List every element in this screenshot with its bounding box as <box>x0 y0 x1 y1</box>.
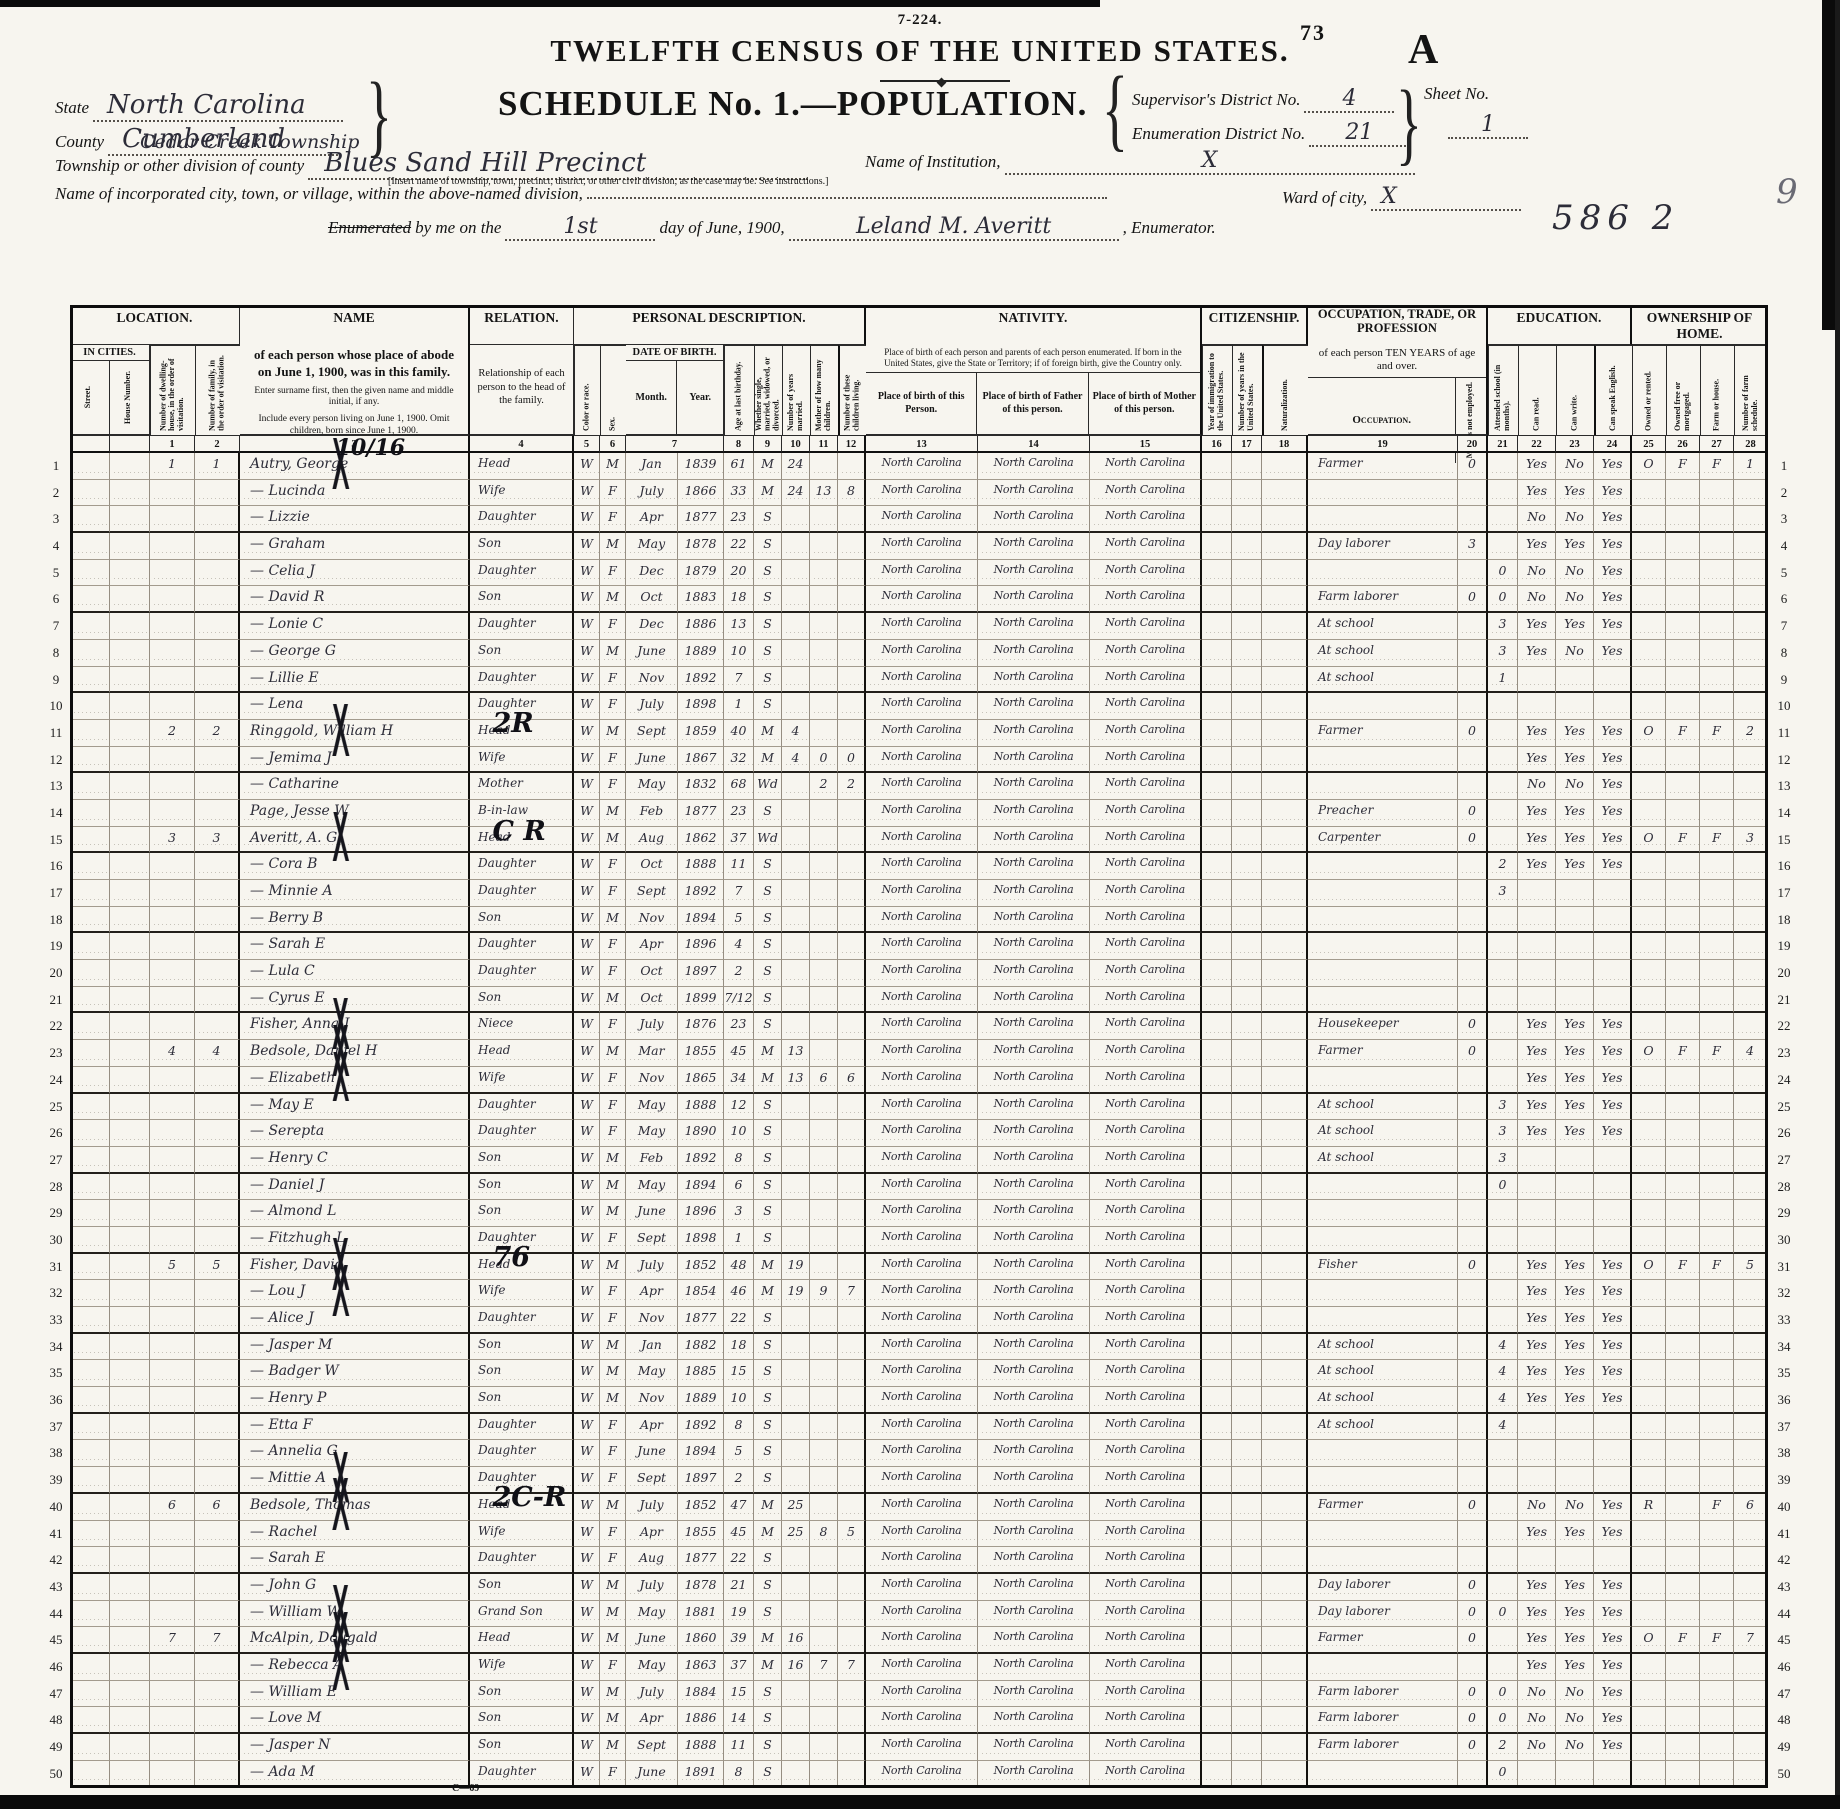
header-occupation: Occupation. <box>1352 414 1411 426</box>
cell-en: Yes <box>1594 747 1632 774</box>
cell-age: 3 <box>724 1200 754 1227</box>
cell-sch <box>1488 1254 1518 1281</box>
cell-bm: Apr <box>626 933 678 960</box>
cell-yus <box>1232 1094 1262 1121</box>
row-number-left: 28 <box>42 1174 70 1201</box>
cell-own <box>1632 1654 1666 1681</box>
cell-mc <box>810 1360 838 1387</box>
cell-ym: 24 <box>782 480 810 507</box>
cell-sex: F <box>600 1761 626 1788</box>
cell-mb: North Carolina <box>1090 613 1202 640</box>
row-number-right: 37 <box>1768 1414 1800 1441</box>
cell-name: — Henry C <box>240 1147 470 1174</box>
column-number: 21 <box>1488 435 1518 453</box>
cell-mc <box>810 586 838 613</box>
cell-own: O <box>1632 1627 1666 1654</box>
cell-pb: North Carolina <box>866 1040 978 1067</box>
cell-fh <box>1700 1067 1734 1094</box>
cell-natz <box>1262 827 1308 854</box>
cell-fb: North Carolina <box>978 533 1090 560</box>
cell-fm <box>1666 667 1700 694</box>
cell-cl <box>838 506 866 533</box>
cell-bm: Dec <box>626 613 678 640</box>
cell-rel: Son <box>470 586 574 613</box>
cell-name: — Lou J <box>240 1280 470 1307</box>
cell-natz <box>1262 1227 1308 1254</box>
row-number-right: 35 <box>1768 1360 1800 1387</box>
column-number: 28 <box>1734 435 1768 453</box>
cell-fb: North Carolina <box>978 1761 1090 1788</box>
cell-rd <box>1518 880 1556 907</box>
header-mother-of-children: Mother of how many children. <box>810 345 838 435</box>
cell-sch <box>1488 1547 1518 1574</box>
cell-own <box>1632 773 1666 800</box>
cell-name: — May E <box>240 1094 470 1121</box>
cell-fs: 7 <box>1734 1627 1768 1654</box>
row-number-right: 42 <box>1768 1547 1800 1574</box>
cell-fb: North Carolina <box>978 1387 1090 1414</box>
cell-age: 33 <box>724 480 754 507</box>
cell-mne: 0 <box>1458 1574 1488 1601</box>
cell-occ: Farm laborer <box>1308 1734 1458 1761</box>
cell-sch <box>1488 987 1518 1014</box>
cell-yus <box>1232 1654 1262 1681</box>
cell-c1: 1 <box>150 453 195 480</box>
cell-fs <box>1734 1227 1768 1254</box>
cell-rel: Head2R <box>470 720 574 747</box>
cell-mb: North Carolina <box>1090 1120 1202 1147</box>
cell-mne <box>1458 1467 1488 1494</box>
cell-mne <box>1458 1280 1488 1307</box>
cell-yus <box>1232 1040 1262 1067</box>
cell-by: 1898 <box>678 1227 724 1254</box>
cell-fs <box>1734 1440 1768 1467</box>
cell-fb: North Carolina <box>978 506 1090 533</box>
cell-mc: 13 <box>810 480 838 507</box>
cell-pb: North Carolina <box>866 1494 978 1521</box>
row-number-right: 14 <box>1768 800 1800 827</box>
cell-ym <box>782 1547 810 1574</box>
cell-fs <box>1734 693 1768 720</box>
cell-en: Yes <box>1594 1120 1632 1147</box>
cell-name: McAlpin, Dougald <box>240 1627 470 1654</box>
cell-age: 2 <box>724 960 754 987</box>
supervisor-label: Supervisor's District No. <box>1132 90 1300 109</box>
cell-en <box>1594 1761 1632 1788</box>
cell-color: W <box>574 1681 600 1708</box>
relation-annotation: 2R <box>492 708 533 739</box>
cell-mb: North Carolina <box>1090 1307 1202 1334</box>
cell-c2 <box>195 1467 240 1494</box>
cell-cl <box>838 987 866 1014</box>
header-can-read: Can read. <box>1518 345 1556 435</box>
cell-mne <box>1458 1307 1488 1334</box>
cell-mne <box>1458 1761 1488 1788</box>
cell-own <box>1632 1547 1666 1574</box>
header-owned-rented: Owned or rented. <box>1632 345 1666 435</box>
cell-mne <box>1458 667 1488 694</box>
cell-imm <box>1202 1601 1232 1628</box>
cell-rel: Son <box>470 1174 574 1201</box>
cell-mne <box>1458 1547 1488 1574</box>
cell-own <box>1632 1307 1666 1334</box>
cell-c1 <box>150 1174 195 1201</box>
cell-mc <box>810 1334 838 1361</box>
cell-pb: North Carolina <box>866 1467 978 1494</box>
cell-mc <box>810 640 838 667</box>
cell-fh <box>1700 1387 1734 1414</box>
cell-yus <box>1232 586 1262 613</box>
cell-fm <box>1666 506 1700 533</box>
cell-age: 19 <box>724 1601 754 1628</box>
cell-ym <box>782 1174 810 1201</box>
cell-ms: S <box>754 586 782 613</box>
cell-fm <box>1666 907 1700 934</box>
cell-rd <box>1518 1414 1556 1441</box>
cell-c2 <box>195 1521 240 1548</box>
in-cities-label: IN CITIES. <box>70 345 149 361</box>
cell-pb: North Carolina <box>866 1521 978 1548</box>
cell-street <box>70 1387 110 1414</box>
cell-occ <box>1308 907 1458 934</box>
cell-age: 15 <box>724 1681 754 1708</box>
column-number: 10 <box>782 435 810 453</box>
column-number: 1 <box>150 435 195 453</box>
row-number-left: 14 <box>42 800 70 827</box>
cell-en: Yes <box>1594 640 1632 667</box>
cell-age: 45 <box>724 1040 754 1067</box>
cell-ms: S <box>754 693 782 720</box>
cell-pb: North Carolina <box>866 1734 978 1761</box>
cell-age: 40 <box>724 720 754 747</box>
cell-name: — Minnie A <box>240 880 470 907</box>
cell-sex: M <box>600 907 626 934</box>
cell-occ: At school <box>1308 613 1458 640</box>
cell-c1 <box>150 1601 195 1628</box>
cell-street <box>70 1200 110 1227</box>
row-number-right: 3 <box>1768 506 1800 533</box>
cell-age: 47 <box>724 1494 754 1521</box>
cell-cl <box>838 933 866 960</box>
cell-fb: North Carolina <box>978 1467 1090 1494</box>
column-number: 2 <box>195 435 240 453</box>
cell-en: Yes <box>1594 720 1632 747</box>
cell-sex: M <box>600 586 626 613</box>
cell-c2 <box>195 613 240 640</box>
cell-name: — David R <box>240 586 470 613</box>
cell-fb: North Carolina <box>978 586 1090 613</box>
cell-ms: Wd <box>754 827 782 854</box>
cell-mne <box>1458 1174 1488 1201</box>
cell-bm: Nov <box>626 667 678 694</box>
cell-ym <box>782 907 810 934</box>
cell-house-number <box>110 693 150 720</box>
cell-mb: North Carolina <box>1090 533 1202 560</box>
cell-bm: Jan <box>626 453 678 480</box>
cell-name: — Jemima J <box>240 747 470 774</box>
cell-mne <box>1458 880 1488 907</box>
cell-own: O <box>1632 827 1666 854</box>
cell-fm <box>1666 560 1700 587</box>
cell-imm <box>1202 1280 1232 1307</box>
cell-mne <box>1458 747 1488 774</box>
cell-fm <box>1666 960 1700 987</box>
cell-pb: North Carolina <box>866 1280 978 1307</box>
cell-fh <box>1700 1094 1734 1121</box>
cell-natz <box>1262 1521 1308 1548</box>
cell-by: 1888 <box>678 853 724 880</box>
cell-bm: July <box>626 1681 678 1708</box>
cell-pb: North Carolina <box>866 1387 978 1414</box>
cell-mb: North Carolina <box>1090 1174 1202 1201</box>
cell-fm <box>1666 1360 1700 1387</box>
cell-ms: M <box>754 453 782 480</box>
cell-pb: North Carolina <box>866 453 978 480</box>
cell-name: — Jasper M <box>240 1334 470 1361</box>
cell-natz <box>1262 506 1308 533</box>
cell-cl <box>838 1334 866 1361</box>
cell-mne: 0 <box>1458 1734 1488 1761</box>
cell-ym <box>782 1200 810 1227</box>
cell-rel: Head <box>470 1040 574 1067</box>
column-number: 12 <box>838 435 866 453</box>
cell-rel: Daughter <box>470 1440 574 1467</box>
cell-wr: Yes <box>1556 1094 1594 1121</box>
cell-rel: Son <box>470 1387 574 1414</box>
cell-yus <box>1232 560 1262 587</box>
cell-rel: Wife <box>470 1654 574 1681</box>
cell-street <box>70 1761 110 1788</box>
cell-fh <box>1700 773 1734 800</box>
cell-c1 <box>150 640 195 667</box>
cell-bm: June <box>626 1627 678 1654</box>
cell-house-number <box>110 800 150 827</box>
cell-sch <box>1488 693 1518 720</box>
cell-fm <box>1666 1094 1700 1121</box>
cell-cl <box>838 586 866 613</box>
cell-imm <box>1202 720 1232 747</box>
row-number-left: 20 <box>42 960 70 987</box>
cell-en <box>1594 1174 1632 1201</box>
cell-name: — Almond L <box>240 1200 470 1227</box>
cell-fm <box>1666 747 1700 774</box>
cell-mc <box>810 693 838 720</box>
cell-occ: At school <box>1308 1334 1458 1361</box>
cell-cl <box>838 853 866 880</box>
cell-rd: Yes <box>1518 1521 1556 1548</box>
cell-street <box>70 1147 110 1174</box>
cell-name: — Elizabeth <box>240 1067 470 1094</box>
cell-pb: North Carolina <box>866 667 978 694</box>
cell-fb: North Carolina <box>978 1307 1090 1334</box>
cell-en <box>1594 1147 1632 1174</box>
cell-by: 1890 <box>678 1120 724 1147</box>
cell-sch <box>1488 720 1518 747</box>
row-number-right: 16 <box>1768 853 1800 880</box>
cell-fm <box>1666 1654 1700 1681</box>
cell-occ: Day laborer <box>1308 1601 1458 1628</box>
cell-pb: North Carolina <box>866 1147 978 1174</box>
cell-sch <box>1488 1307 1518 1334</box>
cell-sex: M <box>600 1574 626 1601</box>
cell-mne <box>1458 1387 1488 1414</box>
cell-rd <box>1518 667 1556 694</box>
cell-fb: North Carolina <box>978 1360 1090 1387</box>
cell-ms: S <box>754 1387 782 1414</box>
cell-rel: Wife <box>470 1067 574 1094</box>
cell-sch: 3 <box>1488 613 1518 640</box>
cell-mne <box>1458 960 1488 987</box>
column-number-blank <box>110 435 150 453</box>
cell-sex: F <box>600 960 626 987</box>
cell-mc <box>810 1120 838 1147</box>
cell-name: — Henry P <box>240 1387 470 1414</box>
row-number-right: 1 <box>1768 453 1800 480</box>
cell-mb: North Carolina <box>1090 1414 1202 1441</box>
cell-mb: North Carolina <box>1090 1387 1202 1414</box>
row-number-right: 28 <box>1768 1174 1800 1201</box>
cell-by: 1882 <box>678 1334 724 1361</box>
cell-by: 1888 <box>678 1094 724 1121</box>
row-number-left: 30 <box>42 1227 70 1254</box>
cell-rel: Head <box>470 1627 574 1654</box>
cell-en <box>1594 987 1632 1014</box>
cell-name: — Catharine <box>240 773 470 800</box>
cell-en: Yes <box>1594 480 1632 507</box>
cell-fs <box>1734 747 1768 774</box>
cell-sch: 3 <box>1488 1120 1518 1147</box>
cell-bm: July <box>626 480 678 507</box>
cell-sch <box>1488 1013 1518 1040</box>
cell-mb: North Carolina <box>1090 1681 1202 1708</box>
cell-sex: F <box>600 747 626 774</box>
cell-wr: Yes <box>1556 827 1594 854</box>
cell-fm <box>1666 1601 1700 1628</box>
cell-yus <box>1232 533 1262 560</box>
cell-sch <box>1488 1280 1518 1307</box>
group-personal-description: PERSONAL DESCRIPTION. <box>574 305 866 345</box>
cell-sch: 4 <box>1488 1360 1518 1387</box>
cell-color: W <box>574 907 600 934</box>
cell-fs <box>1734 1200 1768 1227</box>
cell-c1 <box>150 693 195 720</box>
cell-house-number <box>110 773 150 800</box>
cell-cl <box>838 640 866 667</box>
cell-bm: Mar <box>626 1040 678 1067</box>
cell-fb: North Carolina <box>978 1147 1090 1174</box>
cell-own <box>1632 1734 1666 1761</box>
cell-mb: North Carolina <box>1090 560 1202 587</box>
cell-mc: 7 <box>810 1654 838 1681</box>
cell-ym <box>782 640 810 667</box>
cell-name: — John G <box>240 1574 470 1601</box>
row-number-left: 12 <box>42 747 70 774</box>
cell-c1 <box>150 1440 195 1467</box>
cell-fm <box>1666 533 1700 560</box>
cell-fh <box>1700 1440 1734 1467</box>
cell-cl <box>838 720 866 747</box>
cell-own <box>1632 640 1666 667</box>
cell-sex: M <box>600 720 626 747</box>
cell-fs <box>1734 1734 1768 1761</box>
cell-color: W <box>574 453 600 480</box>
cell-occ <box>1308 933 1458 960</box>
cell-fb: North Carolina <box>978 1200 1090 1227</box>
cell-imm <box>1202 1013 1232 1040</box>
cell-rd: Yes <box>1518 1280 1556 1307</box>
cell-rd: No <box>1518 586 1556 613</box>
cell-occ <box>1308 773 1458 800</box>
cell-mc <box>810 1707 838 1734</box>
cell-yus <box>1232 1227 1262 1254</box>
cell-c1: 2 <box>150 720 195 747</box>
cell-street <box>70 613 110 640</box>
cell-sex: F <box>600 1094 626 1121</box>
cell-fh <box>1700 800 1734 827</box>
cell-age: 39 <box>724 1627 754 1654</box>
cell-c1 <box>150 613 195 640</box>
cell-yus <box>1232 1547 1262 1574</box>
cell-rd: Yes <box>1518 1040 1556 1067</box>
cell-en <box>1594 960 1632 987</box>
cell-c2 <box>195 560 240 587</box>
cell-house-number <box>110 1734 150 1761</box>
cell-sch: 2 <box>1488 853 1518 880</box>
cell-ms: S <box>754 506 782 533</box>
name-annotation: 10/16 <box>336 435 405 461</box>
cell-by: 1877 <box>678 1307 724 1334</box>
cell-ym: 13 <box>782 1040 810 1067</box>
cell-cl <box>838 1387 866 1414</box>
cell-fh <box>1700 560 1734 587</box>
cell-ym <box>782 960 810 987</box>
cell-ym <box>782 1467 810 1494</box>
cell-c2 <box>195 880 240 907</box>
cell-sch: 0 <box>1488 1707 1518 1734</box>
cell-own <box>1632 693 1666 720</box>
cell-fs <box>1734 1013 1768 1040</box>
cell-fh <box>1700 1574 1734 1601</box>
cell-en: Yes <box>1594 613 1632 640</box>
cell-rd: Yes <box>1518 1067 1556 1094</box>
cell-yus <box>1232 1681 1262 1708</box>
row-number-left: 37 <box>42 1414 70 1441</box>
cell-name: — Annelia G <box>240 1440 470 1467</box>
cell-mc <box>810 1627 838 1654</box>
cell-fs <box>1734 1547 1768 1574</box>
cell-street <box>70 933 110 960</box>
cell-fh <box>1700 693 1734 720</box>
cell-c1: 3 <box>150 827 195 854</box>
cell-name: — Mittie A <box>240 1467 470 1494</box>
cell-name: — Lillie E <box>240 667 470 694</box>
cell-age: 12 <box>724 1094 754 1121</box>
cell-fm <box>1666 693 1700 720</box>
cell-wr: Yes <box>1556 1574 1594 1601</box>
cell-yus <box>1232 1387 1262 1414</box>
ward-field: Ward of city, X <box>1282 184 1521 211</box>
cell-fb: North Carolina <box>978 1280 1090 1307</box>
cell-wr: No <box>1556 1734 1594 1761</box>
cell-mne: 0 <box>1458 1707 1488 1734</box>
cell-pb: North Carolina <box>866 1013 978 1040</box>
cell-sex: F <box>600 1547 626 1574</box>
cell-age: 7 <box>724 880 754 907</box>
enumeration-value: 21 <box>1309 120 1409 147</box>
cell-yus <box>1232 640 1262 667</box>
cell-en: Yes <box>1594 1307 1632 1334</box>
cell-c2 <box>195 1734 240 1761</box>
